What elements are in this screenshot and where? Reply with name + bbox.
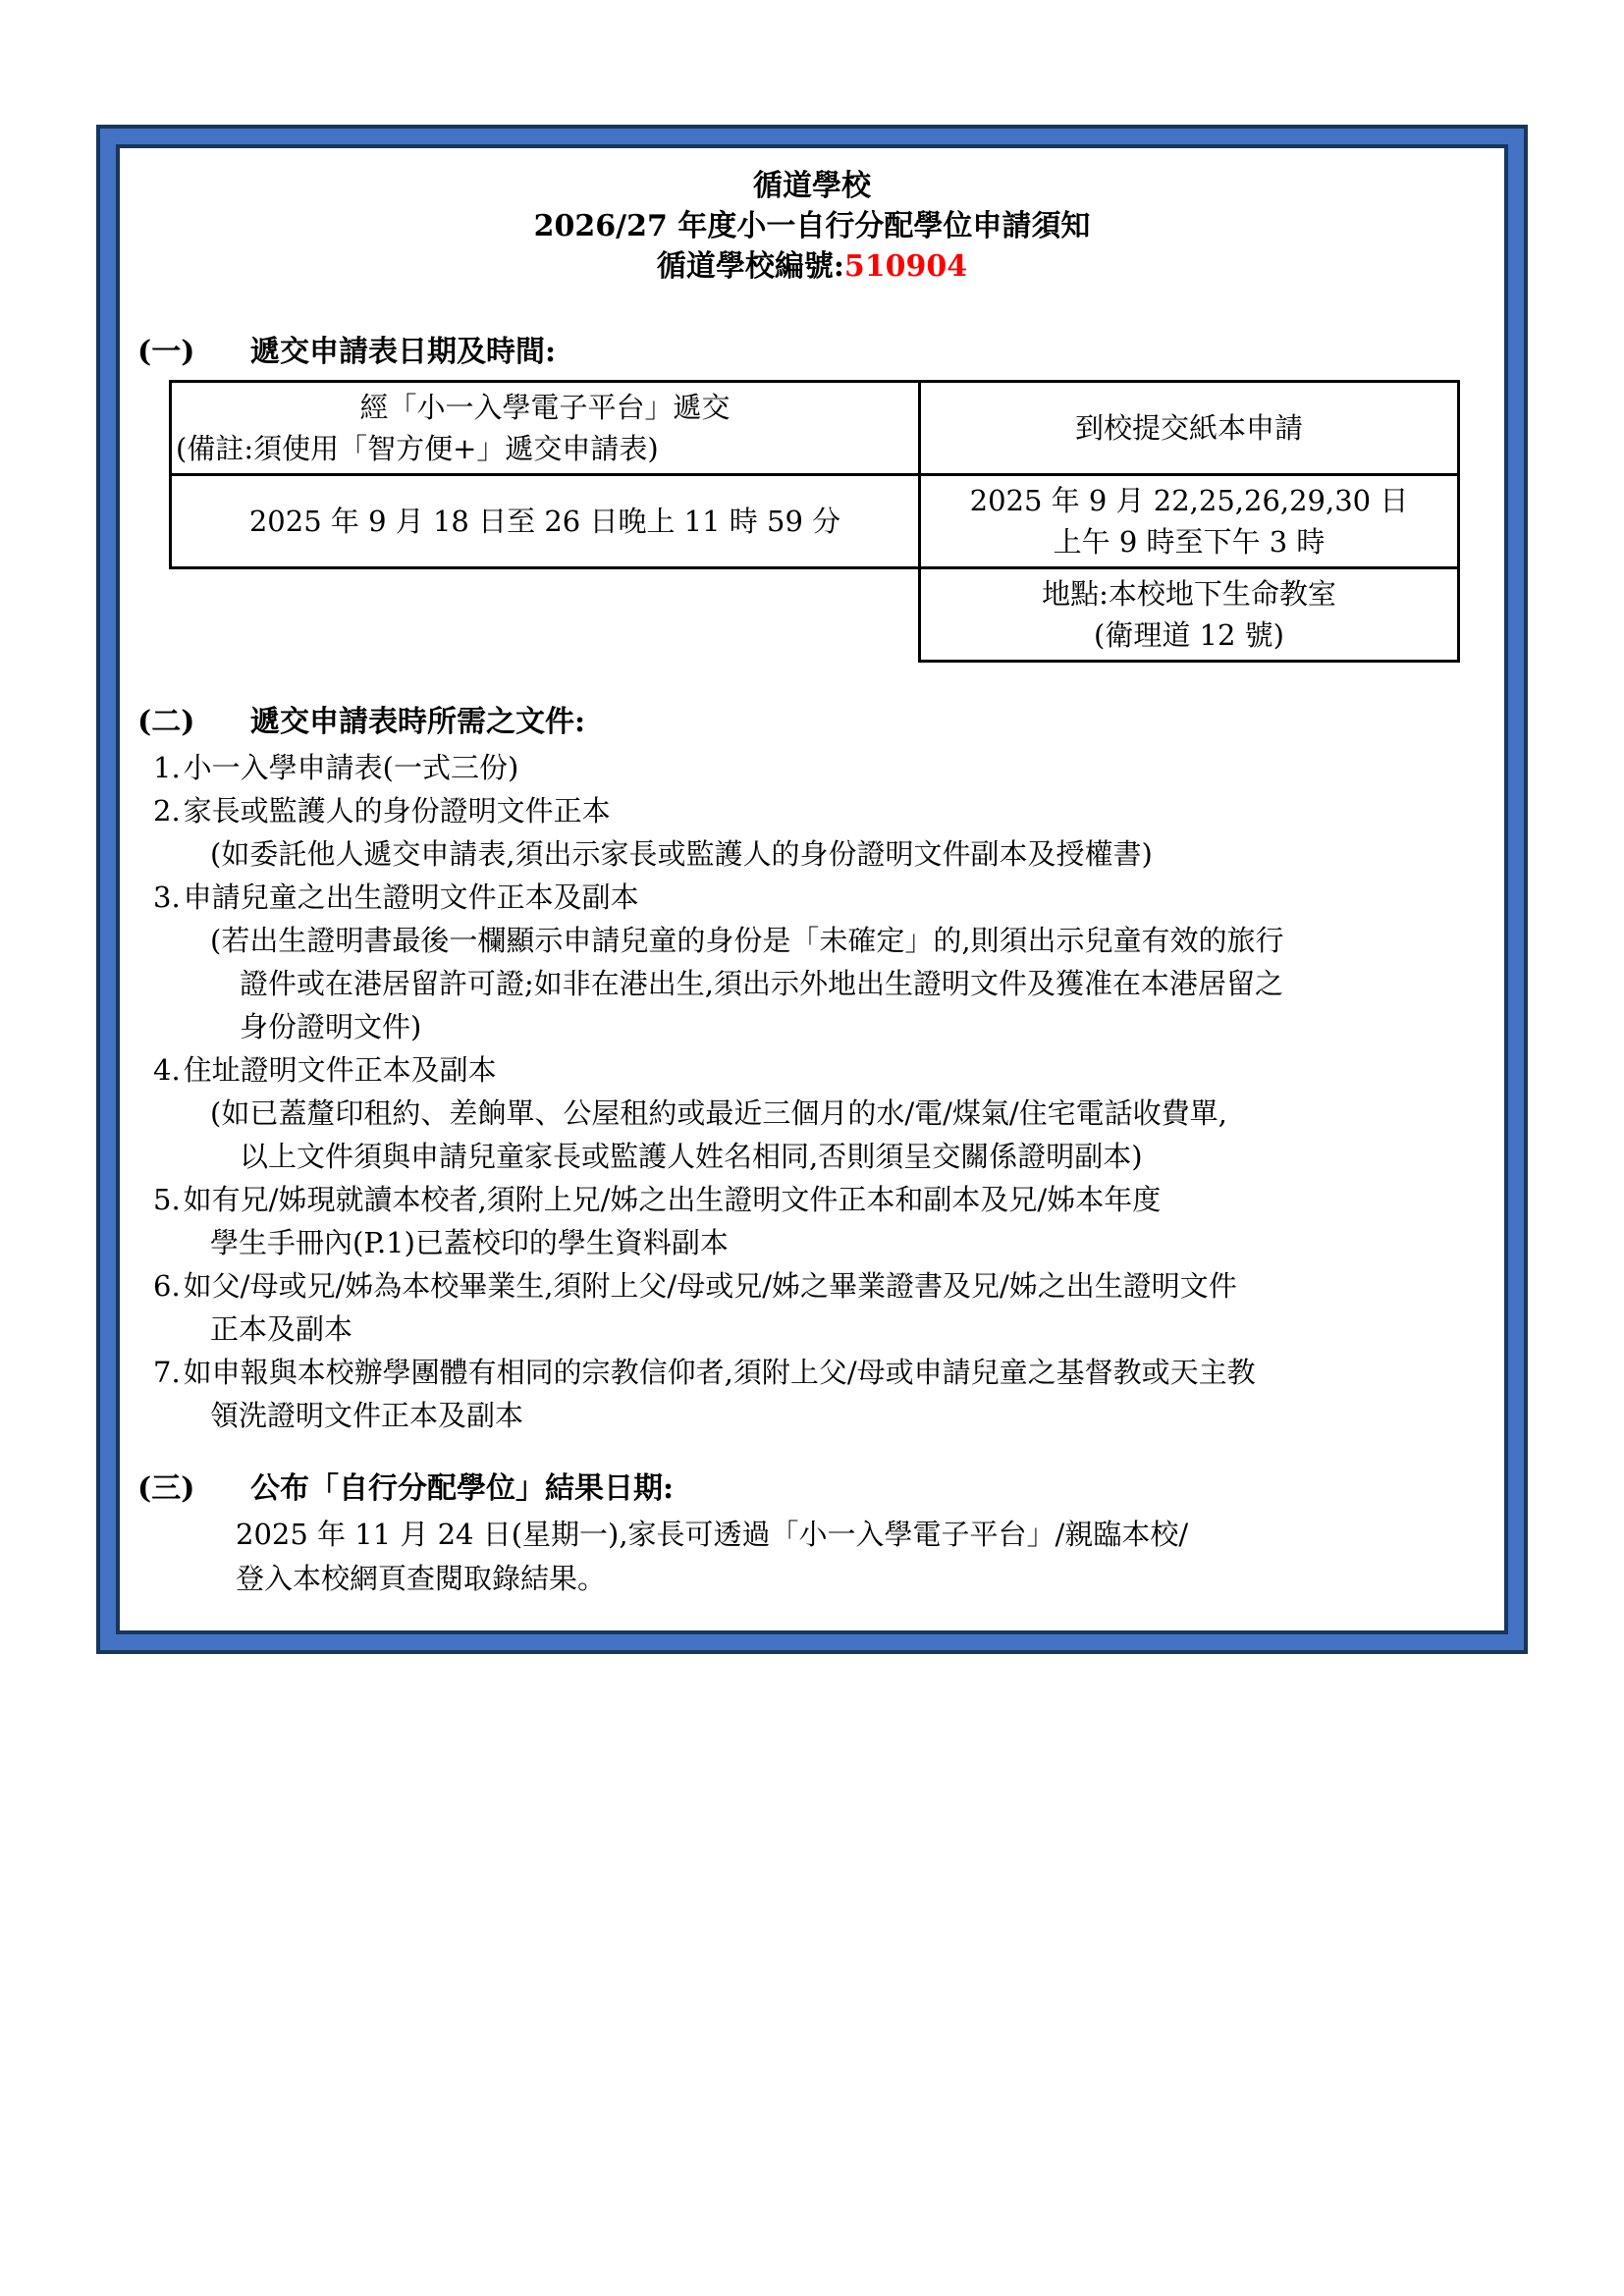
list-item-text: 如父/母或兄/姊為本校畢業生,須附上父/母或兄/姊之畢業證書及兄/姊之出生證明文… [184,1269,1237,1303]
section-1-marker: (一) [137,332,250,372]
section-2-header: (二) 遞交申請表時所需之文件: [137,702,1504,742]
list-item-line: 領洗證明文件正本及副本 [210,1394,1504,1437]
section-3-marker: (三) [137,1468,250,1509]
list-item-text: 以上文件須與申請兒童家長或監護人姓名相同,否則須呈交關係證明副本) [240,1140,1143,1173]
frame-blue-band: 循道學校 2026/27 年度小一自行分配學位申請須知 循道學校編號:51090… [100,129,1524,1650]
school-name: 循道學校 [120,166,1504,206]
section-2-heading: 遞交申請表時所需之文件: [250,702,585,742]
cell-paper-header: 到校提交紙本申請 [920,382,1459,475]
cell-eplatform-dates: 2025 年 9 月 18 日至 26 日晚上 11 時 59 分 [171,475,920,568]
list-item-line: 2.家長或監護人的身份證明文件正本 [153,789,1504,832]
school-number-line: 循道學校編號:510904 [120,246,1504,287]
list-item-text: (若出生證明書最後一欄顯示申請兒童的身份是「未確定」的,則須出示兒童有效的旅行 [210,924,1284,957]
section-3-heading: 公布「自行分配學位」結果日期: [250,1468,674,1509]
list-item-text: (如已蓋釐印租約、差餉單、公屋租約或最近三個月的水/電/煤氣/住宅電話收費單, [210,1096,1227,1130]
list-item-line: 5.如有兄/姊現就讀本校者,須附上兄/姊之出生證明文件正本和副本及兄/姊本年度 [153,1178,1504,1221]
list-item-text: 學生手冊內(P.1)已蓋校印的學生資料副本 [210,1226,729,1259]
list-item-line: 6.如父/母或兄/姊為本校畢業生,須附上父/母或兄/姊之畢業證書及兄/姊之出生證… [153,1264,1504,1308]
document-content: 循道學校 2026/27 年度小一自行分配學位申請須知 循道學校編號:51090… [116,144,1508,1634]
list-item-line: 7.如申報與本校辦學團體有相同的宗教信仰者,須附上父/母或申請兒童之基督教或天主… [153,1351,1504,1394]
document-frame: 循道學校 2026/27 年度小一自行分配學位申請須知 循道學校編號:51090… [96,125,1528,1654]
list-item-text: 身份證明文件) [240,1010,421,1043]
list-item-line: (若出生證明書最後一欄顯示申請兒童的身份是「未確定」的,則須出示兒童有效的旅行 [210,919,1504,962]
cell-eplatform-header: 經「小一入學電子平台」遞交 (備註:須使用「智方便+」遞交申請表) [171,382,920,475]
submission-schedule-table: 經「小一入學電子平台」遞交 (備註:須使用「智方便+」遞交申請表) 到校提交紙本… [169,380,1460,663]
list-item-line: (如委託他人遞交申請表,須出示家長或監護人的身份證明文件副本及授權書) [210,832,1504,876]
list-item-text: 如有兄/姊現就讀本校者,須附上兄/姊之出生證明文件正本和副本及兄/姊本年度 [184,1183,1162,1216]
list-item-number: 2. [153,794,184,828]
list-item-number: 1. [153,751,184,784]
result-announcement: 2025 年 11 月 24 日(星期一),家長可透過「小一入學電子平台」/親臨… [236,1513,1504,1601]
list-item-line: 以上文件須與申請兒童家長或監護人姓名相同,否則須呈交關係證明副本) [240,1135,1504,1178]
paper-dates-line2: 上午 9 時至下午 3 時 [925,521,1453,562]
list-item-text: 如申報與本校辦學團體有相同的宗教信仰者,須附上父/母或申請兒童之基督教或天主教 [184,1356,1256,1389]
list-item-line: 1.小一入學申請表(一式三份) [153,746,1504,789]
paper-location-line2: (衛理道 12 號) [925,614,1453,656]
list-item-line: 正本及副本 [210,1308,1504,1351]
cell-paper-dates: 2025 年 9 月 22,25,26,29,30 日 上午 9 時至下午 3 … [920,475,1459,568]
list-item-line: (如已蓋釐印租約、差餉單、公屋租約或最近三個月的水/電/煤氣/住宅電話收費單, [210,1092,1504,1135]
title-block: 循道學校 2026/27 年度小一自行分配學位申請須知 循道學校編號:51090… [120,166,1504,287]
result-announcement-line2: 登入本校網頁查閱取錄結果。 [236,1557,1504,1601]
list-item-text: 家長或監護人的身份證明文件正本 [184,794,611,828]
list-item-line: 3.申請兒童之出生證明文件正本及副本 [153,876,1504,919]
section-1-header: (一) 遞交申請表日期及時間: [137,332,1504,372]
list-item-text: 申請兒童之出生證明文件正本及副本 [184,881,639,914]
cell-paper-location: 地點:本校地下生命教室 (衛理道 12 號) [920,568,1459,662]
list-item-line: 學生手冊內(P.1)已蓋校印的學生資料副本 [210,1221,1504,1264]
list-item-line: 身份證明文件) [240,1005,1504,1048]
paper-dates-line1: 2025 年 9 月 22,25,26,29,30 日 [925,480,1453,521]
list-item-line: 證件或在港居留許可證;如非在港出生,須出示外地出生證明文件及獲准在本港居留之 [240,962,1504,1005]
list-item-number: 7. [153,1356,184,1389]
page: { "colors": { "frame_blue": "#4472C4", "… [0,0,1624,2296]
cell-empty [171,568,920,662]
list-item-text: 證件或在港居留許可證;如非在港出生,須出示外地出生證明文件及獲准在本港居留之 [240,967,1283,1000]
list-item-number: 6. [153,1269,184,1303]
list-item-text: 住址證明文件正本及副本 [184,1053,497,1087]
section-1-heading: 遞交申請表日期及時間: [250,332,556,372]
list-item-number: 3. [153,881,184,914]
list-item-text: 正本及副本 [210,1312,352,1346]
eplatform-header-note: (備註:須使用「智方便+」遞交申請表) [176,428,914,469]
school-number-label: 循道學校編號: [657,249,844,284]
list-item-text: 小一入學申請表(一式三份) [184,751,519,784]
list-item-line: 4.住址證明文件正本及副本 [153,1048,1504,1092]
result-announcement-line1: 2025 年 11 月 24 日(星期一),家長可透過「小一入學電子平台」/親臨… [236,1513,1504,1557]
list-item-number: 5. [153,1183,184,1216]
documents-list: 1.小一入學申請表(一式三份)2.家長或監護人的身份證明文件正本(如委託他人遞交… [120,746,1504,1437]
notice-title: 2026/27 年度小一自行分配學位申請須知 [120,206,1504,246]
list-item-number: 4. [153,1053,184,1087]
paper-location-line1: 地點:本校地下生命教室 [925,573,1453,614]
section-3-header: (三) 公布「自行分配學位」結果日期: [137,1468,1504,1509]
section-2-marker: (二) [137,702,250,742]
list-item-text: (如委託他人遞交申請表,須出示家長或監護人的身份證明文件副本及授權書) [210,837,1153,871]
school-number-value: 510904 [844,249,967,284]
list-item-text: 領洗證明文件正本及副本 [210,1399,523,1432]
eplatform-header-line1: 經「小一入學電子平台」遞交 [176,387,914,428]
